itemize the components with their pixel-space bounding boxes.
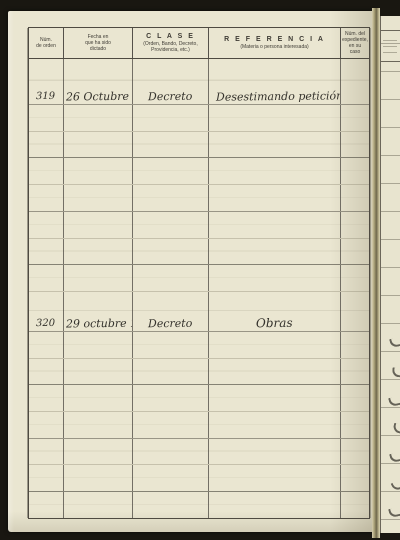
cell-num (29, 185, 64, 211)
table-body: 31926 Octubre 1964DecretoDesestimando pe… (29, 59, 369, 518)
header-num-orden: Núm. de orden (29, 28, 64, 58)
cell-num (29, 439, 64, 465)
registry-table: Núm. de orden Fecha en que ha sido dicta… (28, 27, 370, 519)
header-clase-subtitle: (Orden, Bando, Decreto, Providencia, etc… (143, 41, 197, 53)
cell-clase (133, 492, 209, 518)
cell-num (29, 385, 64, 411)
cell-referencia (209, 412, 341, 438)
table-row (29, 185, 369, 212)
header-fecha: Fecha en que ha sido dictado (64, 28, 133, 58)
handwritten-clase: Decreto (148, 317, 192, 331)
cell-expediente (341, 265, 369, 291)
cell-expediente (341, 385, 369, 411)
header-num-expediente-label: Núm. del expediente, en su caso (342, 31, 368, 55)
cell-referencia (209, 212, 341, 238)
cell-expediente (341, 465, 369, 491)
cell-referencia (209, 385, 341, 411)
cell-expediente (341, 212, 369, 238)
cell-fecha (64, 492, 133, 518)
header-num-orden-label: Núm. de orden (36, 37, 56, 49)
cell-expediente (341, 359, 369, 385)
table-row (29, 412, 369, 439)
cell-referencia: Desestimando petición (209, 59, 341, 104)
adjacent-page-header-fragment (381, 30, 400, 62)
table-row (29, 439, 369, 466)
handwritten-num: 320 (36, 317, 55, 331)
cell-clase (133, 158, 209, 184)
cell-fecha (64, 239, 133, 265)
table-header: Núm. de orden Fecha en que ha sido dicta… (29, 28, 369, 59)
cell-clase (133, 212, 209, 238)
cell-referencia (209, 185, 341, 211)
cell-fecha: 26 Octubre 1964 (64, 59, 133, 104)
cell-clase (133, 332, 209, 358)
cell-clase (133, 359, 209, 385)
cell-num (29, 158, 64, 184)
cell-num: 319 (29, 59, 64, 104)
table-row (29, 158, 369, 185)
cell-expediente (341, 412, 369, 438)
cell-referencia (209, 439, 341, 465)
handwritten-referencia: Desestimando petición (216, 89, 341, 104)
handwriting-fragment (388, 396, 400, 407)
header-clase-title: C L A S E (146, 33, 195, 41)
handwritten-num: 319 (36, 90, 55, 104)
cell-clase (133, 465, 209, 491)
scan-background: { "document": { "kind": "scanned-ledger-… (0, 0, 400, 540)
cell-expediente (341, 239, 369, 265)
table-row (29, 332, 369, 359)
cell-num (29, 105, 64, 131)
table-row: 31926 Octubre 1964DecretoDesestimando pe… (29, 59, 369, 105)
cell-fecha (64, 359, 133, 385)
cell-clase (133, 412, 209, 438)
cell-clase (133, 105, 209, 131)
cell-expediente (341, 59, 369, 104)
cell-expediente (341, 132, 369, 158)
cell-fecha: 29 octubre 1964 (64, 292, 133, 331)
table-row (29, 212, 369, 239)
cell-num (29, 265, 64, 291)
handwriting-fragment (388, 507, 400, 518)
cell-fecha (64, 412, 133, 438)
scanned-document: Núm. de orden Fecha en que ha sido dicta… (0, 0, 400, 540)
header-referencia-title: R E F E R E N C I A (224, 36, 325, 44)
cell-fecha (64, 439, 133, 465)
cell-referencia (209, 239, 341, 265)
cell-fecha (64, 332, 133, 358)
handwriting-fragment (392, 423, 400, 435)
handwriting-fragment (391, 367, 400, 377)
table-row (29, 359, 369, 386)
table-row (29, 105, 369, 132)
cell-referencia (209, 132, 341, 158)
cell-fecha (64, 158, 133, 184)
cell-num (29, 239, 64, 265)
cell-num (29, 212, 64, 238)
table-row (29, 132, 369, 159)
cell-expediente (341, 439, 369, 465)
ledger-page: Núm. de orden Fecha en que ha sido dicta… (8, 11, 374, 532)
cell-referencia (209, 332, 341, 358)
handwritten-fecha: 26 Octubre 1964 (66, 89, 133, 103)
handwriting-fragment (389, 452, 400, 463)
cell-expediente (341, 492, 369, 518)
table-row (29, 385, 369, 412)
cell-clase: Decreto (133, 59, 209, 104)
handwriting-fragment (391, 479, 400, 492)
table-row (29, 239, 369, 266)
cell-fecha (64, 185, 133, 211)
header-referencia: R E F E R E N C I A (Materia o persona i… (209, 28, 341, 58)
cell-clase (133, 185, 209, 211)
table-row (29, 492, 369, 518)
cell-clase (133, 439, 209, 465)
cell-num (29, 359, 64, 385)
cell-num (29, 332, 64, 358)
cell-clase (133, 132, 209, 158)
cell-fecha (64, 105, 133, 131)
handwritten-clase: Decreto (148, 90, 192, 104)
cell-num (29, 465, 64, 491)
table-row: 32029 octubre 1964DecretoObras (29, 292, 369, 332)
cell-fecha (64, 385, 133, 411)
cell-clase (133, 265, 209, 291)
table-row (29, 265, 369, 292)
cell-expediente (341, 292, 369, 331)
cell-clase: Decreto (133, 292, 209, 331)
cell-clase (133, 385, 209, 411)
cell-num (29, 492, 64, 518)
cell-fecha (64, 465, 133, 491)
header-clase: C L A S E (Orden, Bando, Decreto, Provid… (133, 28, 209, 58)
cell-referencia (209, 492, 341, 518)
cell-fecha (64, 212, 133, 238)
handwritten-referencia: Obras (256, 317, 293, 331)
cell-fecha (64, 132, 133, 158)
handwriting-fragment (389, 337, 400, 348)
cell-referencia (209, 265, 341, 291)
cell-fecha (64, 265, 133, 291)
cell-num (29, 412, 64, 438)
cell-expediente (341, 158, 369, 184)
cell-expediente (341, 185, 369, 211)
cell-clase (133, 239, 209, 265)
cell-expediente (341, 105, 369, 131)
adjacent-page-sliver (380, 16, 400, 533)
cell-num: 320 (29, 292, 64, 331)
table-row (29, 465, 369, 492)
cell-referencia: Obras (209, 292, 341, 331)
header-num-expediente: Núm. del expediente, en su caso (341, 28, 369, 58)
cell-referencia (209, 105, 341, 131)
cell-referencia (209, 465, 341, 491)
handwritten-fecha: 29 octubre 1964 (66, 316, 133, 330)
header-fecha-label: Fecha en que ha sido dictado (85, 34, 111, 52)
cell-num (29, 132, 64, 158)
cell-referencia (209, 158, 341, 184)
page-binding-edge (372, 8, 380, 538)
cell-expediente (341, 332, 369, 358)
cell-referencia (209, 359, 341, 385)
header-referencia-subtitle: (Materia o persona interesada) (240, 44, 308, 50)
